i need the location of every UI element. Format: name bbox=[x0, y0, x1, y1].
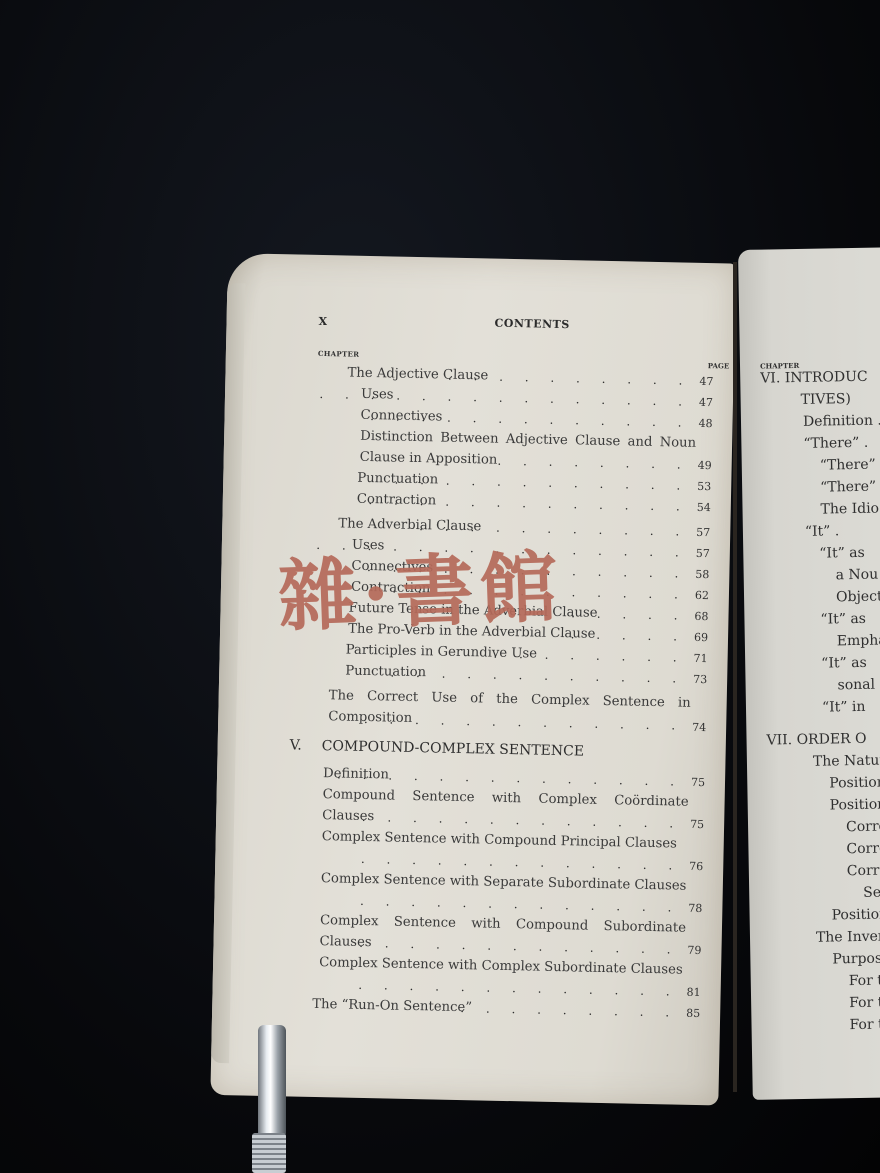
toc-line: Object bbox=[764, 584, 880, 609]
toc-line: a Nou bbox=[764, 562, 880, 587]
page-edge bbox=[211, 283, 245, 1063]
toc-page-number: 53 bbox=[697, 477, 711, 498]
toc-line: Purpose bbox=[770, 946, 880, 971]
toc-line: “It” as bbox=[763, 540, 880, 565]
right-book-page: CHAPTER VI. INTRODUC TIVES) Definition .… bbox=[738, 247, 880, 1100]
toc-line: sonal bbox=[765, 672, 880, 697]
toc-line: VII. ORDER O bbox=[766, 726, 880, 751]
toc-line: Position bbox=[767, 770, 880, 795]
toc-page-number: 74 bbox=[692, 718, 706, 739]
toc-line: The Natura bbox=[767, 748, 880, 773]
leader-dots: . . . . . . . . . . . . . bbox=[364, 709, 685, 736]
page-number: X bbox=[318, 315, 327, 328]
toc-line: TIVES) bbox=[760, 386, 880, 411]
toc-page-number: 57 bbox=[696, 523, 710, 544]
pen-barrel bbox=[258, 1025, 286, 1135]
toc-page-number: 58 bbox=[695, 565, 709, 586]
left-book-page: X CONTENTS CHAPTER PAGE The Adjective Cl… bbox=[210, 253, 736, 1105]
toc-line: Correc bbox=[768, 814, 880, 839]
leader-dots: . . . . . . . . . bbox=[460, 998, 678, 1023]
chapter-column-label: CHAPTER bbox=[318, 349, 360, 359]
toc-page-number: 69 bbox=[694, 628, 708, 649]
toc-line: Definition . bbox=[761, 408, 880, 433]
toc-page-number: 47 bbox=[699, 372, 713, 393]
toc-line: “It” . bbox=[763, 518, 880, 543]
toc-page-number: 75 bbox=[691, 773, 705, 794]
toc-line: Position bbox=[769, 902, 880, 927]
toc-page-number: 49 bbox=[697, 456, 711, 477]
right-table-of-contents: CHAPTER VI. INTRODUC TIVES) Definition .… bbox=[760, 354, 880, 1037]
toc-page-number: 73 bbox=[693, 670, 707, 691]
toc-line: For th bbox=[771, 968, 880, 993]
toc-page-number: 62 bbox=[695, 586, 709, 607]
book-gutter bbox=[733, 262, 737, 1092]
page-column-label: PAGE bbox=[708, 361, 730, 370]
toc-page-number: 54 bbox=[697, 498, 711, 519]
toc-line: “It” in bbox=[766, 694, 880, 719]
toc-page-number: 76 bbox=[689, 857, 703, 878]
pen-grip bbox=[252, 1133, 286, 1173]
toc-page-number: 75 bbox=[690, 815, 704, 836]
chapter-number: V. bbox=[290, 737, 322, 754]
toc-page-number: 79 bbox=[687, 941, 701, 962]
toc-line: Correc bbox=[769, 858, 880, 883]
toc-line: The Idio bbox=[762, 496, 880, 521]
toc-line: Correc bbox=[768, 836, 880, 861]
toc-line: “It” as bbox=[764, 606, 880, 631]
toc-line: “There” bbox=[762, 474, 880, 499]
toc-line: “There” . bbox=[761, 430, 880, 455]
metal-pen-object bbox=[250, 1025, 292, 1173]
toc-entry-title: Complex Sentence with Compound Principal… bbox=[322, 829, 677, 851]
toc-page-number: 71 bbox=[693, 649, 707, 670]
chapter-heading: V.COMPOUND-COMPLEX SENTENCE bbox=[289, 737, 697, 768]
leader-dots: . . . . . bbox=[571, 624, 687, 647]
toc-entry-title: The “Run-On Sentence” bbox=[312, 997, 472, 1015]
toc-page-number: 57 bbox=[696, 544, 710, 565]
toc-line: For th bbox=[771, 990, 880, 1015]
chapter-column-label: CHAPTER bbox=[760, 355, 800, 378]
toc-line: The Invert bbox=[770, 924, 880, 949]
toc-line: For th bbox=[771, 1012, 880, 1037]
toc-page-number: 48 bbox=[698, 414, 712, 435]
running-head: CONTENTS bbox=[494, 317, 569, 332]
toc-page-number: 81 bbox=[686, 983, 700, 1004]
toc-line: “It” as bbox=[765, 650, 880, 675]
toc-line: Sen bbox=[769, 880, 880, 905]
toc-entry: The Correct Use of the Complex Sentence … bbox=[308, 686, 699, 738]
toc-page-number: 85 bbox=[686, 1004, 700, 1025]
toc-line: Empha bbox=[765, 628, 880, 653]
table-of-contents: The Adjective Clause. . . . . . . . . .4… bbox=[302, 363, 706, 1024]
leader-dots: . . . . . bbox=[571, 603, 687, 626]
chapter-title: COMPOUND-COMPLEX SENTENCE bbox=[322, 738, 585, 759]
toc-line: “There” bbox=[762, 452, 880, 477]
toc-page-number: 68 bbox=[694, 607, 708, 628]
toc-line: Position bbox=[768, 792, 880, 817]
watermark-stamp: 雜·書館 bbox=[276, 525, 565, 647]
toc-page-number: 78 bbox=[688, 899, 702, 920]
toc-page-number: 47 bbox=[699, 393, 713, 414]
